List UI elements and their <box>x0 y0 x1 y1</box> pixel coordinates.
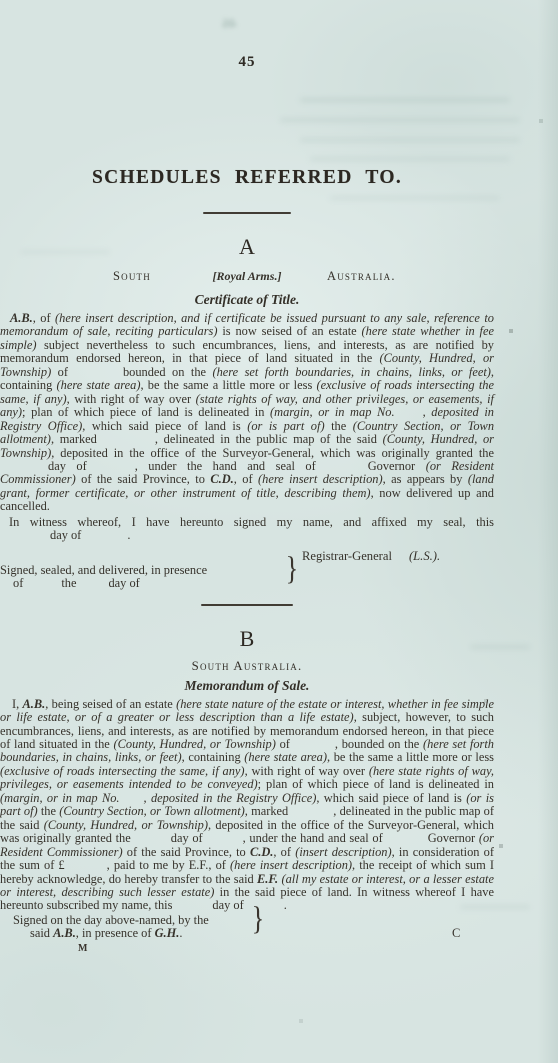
scanned-document-page: { "page": { "number": "45", "ghost_numbe… <box>0 0 558 1063</box>
schedule-b-header: South Australia. <box>0 659 494 674</box>
certificate-subtitle: Certificate of Title. <box>0 292 494 308</box>
attestation-block-b: Signed on the day above-named, by the sa… <box>0 914 494 941</box>
page-edge-shading <box>538 0 558 1063</box>
memorandum-body: I, A.B., being seised of an estate (here… <box>0 698 494 913</box>
memorandum-subtitle: Memorandum of Sale. <box>0 678 494 694</box>
document-title: SCHEDULES REFERRED TO. <box>0 167 494 189</box>
page-content: 45 SCHEDULES REFERRED TO. A South [Royal… <box>0 0 494 954</box>
attestation-a-line2: oftheday of <box>0 577 494 590</box>
registrar-title: Registrar-General <box>302 549 392 563</box>
printer-mark: M <box>0 943 494 954</box>
catchword: C <box>452 927 460 940</box>
witness-clause-line2: day of. <box>0 529 494 542</box>
witness-clause-line1: In witness whereof, I have hereunto sign… <box>0 516 494 529</box>
schedule-a-letter: A <box>0 234 494 260</box>
attestation-b-line2: said A.B., in presence of G.H.. <box>0 927 494 940</box>
schedule-b-letter: B <box>0 626 494 652</box>
attestation-brace: } <box>252 913 265 926</box>
section-divider <box>203 212 291 214</box>
registrar-signature-line: Registrar-General(L.S.). <box>302 549 494 563</box>
attestation-b-line1: Signed on the day above-named, by the <box>0 914 494 927</box>
schedule-a-header-row: South [Royal Arms.] Australia. <box>0 269 494 283</box>
page-number: 45 <box>0 54 494 71</box>
royal-arms-note: [Royal Arms.] <box>0 269 494 284</box>
attestation-block-a: Signed, sealed, and delivered, in presen… <box>0 564 494 591</box>
section-divider <box>201 604 293 606</box>
certificate-body: A.B., of (here insert description, and i… <box>0 312 494 514</box>
attestation-a-line1: Signed, sealed, and delivered, in presen… <box>0 564 494 577</box>
schedule-a-header-right: Australia. <box>327 269 396 284</box>
attestation-brace: } <box>286 563 299 576</box>
seal-note: (L.S.). <box>409 549 440 563</box>
